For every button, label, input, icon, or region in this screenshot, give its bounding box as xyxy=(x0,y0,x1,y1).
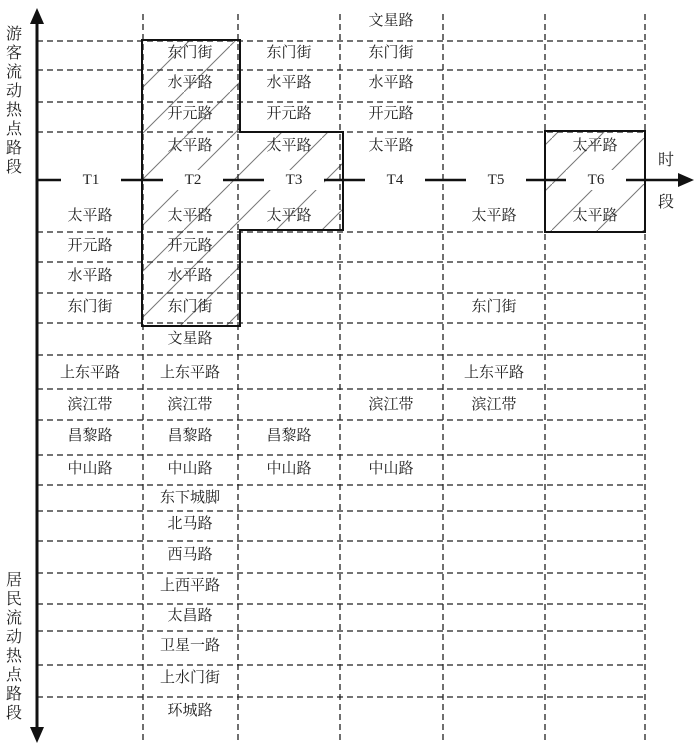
tourist-hotspot-cell: 水平路 xyxy=(140,72,240,92)
resident-hotspot-cell: 中山路 xyxy=(239,458,339,478)
period-label-t4: T4 xyxy=(365,170,425,190)
resident-hotspot-cell: 滨江带 xyxy=(444,394,544,414)
period-label-t6: T6 xyxy=(566,170,626,190)
resident-hotspot-cell: 昌黎路 xyxy=(239,425,339,445)
resident-hotspot-cell: 上东平路 xyxy=(40,362,140,382)
resident-hotspot-cell: 上东平路 xyxy=(140,362,240,382)
resident-hotspot-cell: 滨江带 xyxy=(341,394,441,414)
resident-hotspot-cell: 开元路 xyxy=(40,235,140,255)
resident-hotspot-cell: 太平路 xyxy=(140,205,240,225)
period-label-t1: T1 xyxy=(61,170,121,190)
tourist-hotspot-cell: 水平路 xyxy=(341,72,441,92)
tourist-hotspot-cell: 东门街 xyxy=(341,42,441,62)
resident-hotspot-cell: 滨江带 xyxy=(40,394,140,414)
x-axis-arrow-icon xyxy=(678,173,694,187)
y-axis-up-arrow-icon xyxy=(30,8,44,24)
tourist-hotspot-cell: 文星路 xyxy=(341,10,441,30)
resident-hotspot-cell: 东门街 xyxy=(444,296,544,316)
resident-hotspot-cell: 东门街 xyxy=(140,296,240,316)
tourist-hotspot-cell: 太平路 xyxy=(140,135,240,155)
resident-hotspot-cell: 上西平路 xyxy=(140,575,240,595)
resident-hotspot-cell: 昌黎路 xyxy=(140,425,240,445)
tourist-axis-label-text: 游客流动热点路段 xyxy=(6,24,22,176)
resident-hotspot-cell: 西马路 xyxy=(140,544,240,564)
resident-axis-label: 居民流动热点路段 xyxy=(4,570,24,722)
resident-hotspot-cell: 滨江带 xyxy=(140,394,240,414)
y-axis-down-arrow-icon xyxy=(30,727,44,743)
x-axis-label-top: 时 xyxy=(658,150,674,170)
resident-hotspot-cell: 水平路 xyxy=(40,265,140,285)
tourist-axis-label: 游客流动热点路段 xyxy=(4,24,24,176)
resident-hotspot-cell: 太昌路 xyxy=(140,605,240,625)
resident-hotspot-cell: 东门街 xyxy=(40,296,140,316)
resident-hotspot-cell: 中山路 xyxy=(40,458,140,478)
resident-hotspot-cell: 开元路 xyxy=(140,235,240,255)
resident-hotspot-cell: 太平路 xyxy=(545,205,645,225)
tourist-hotspot-cell: 太平路 xyxy=(341,135,441,155)
tourist-hotspot-cell: 开元路 xyxy=(140,103,240,123)
resident-hotspot-cell: 昌黎路 xyxy=(40,425,140,445)
period-label-t5: T5 xyxy=(466,170,526,190)
resident-hotspot-cell: 太平路 xyxy=(40,205,140,225)
resident-hotspot-cell: 中山路 xyxy=(341,458,441,478)
tourist-hotspot-cell: 东门街 xyxy=(140,42,240,62)
resident-hotspot-cell: 卫星一路 xyxy=(140,635,240,655)
tourist-hotspot-cell: 太平路 xyxy=(545,135,645,155)
resident-hotspot-cell: 中山路 xyxy=(140,458,240,478)
resident-hotspot-cell: 环城路 xyxy=(140,700,240,720)
resident-hotspot-cell: 太平路 xyxy=(444,205,544,225)
hotspot-diagram: 游客流动热点路段 居民流动热点路段 时 段 T1 T2 T3 T4 T5 T6 … xyxy=(0,0,700,748)
tourist-hotspot-cell: 开元路 xyxy=(239,103,339,123)
tourist-hotspot-cell: 水平路 xyxy=(239,72,339,92)
resident-hotspot-cell: 水平路 xyxy=(140,265,240,285)
period-label-t3: T3 xyxy=(264,170,324,190)
tourist-hotspot-cell: 太平路 xyxy=(239,135,339,155)
resident-hotspot-cell: 北马路 xyxy=(140,513,240,533)
x-axis-label-bottom: 段 xyxy=(658,192,674,212)
tourist-hotspot-cell: 开元路 xyxy=(341,103,441,123)
resident-hotspot-cell: 太平路 xyxy=(239,205,339,225)
resident-hotspot-cell: 上水门街 xyxy=(140,667,240,687)
resident-hotspot-cell: 东下城脚 xyxy=(140,487,240,507)
tourist-hotspot-cell: 东门街 xyxy=(239,42,339,62)
resident-hotspot-cell: 文星路 xyxy=(140,328,240,348)
resident-axis-label-text: 居民流动热点路段 xyxy=(6,570,22,722)
period-label-t2: T2 xyxy=(163,170,223,190)
resident-hotspot-cell: 上东平路 xyxy=(444,362,544,382)
